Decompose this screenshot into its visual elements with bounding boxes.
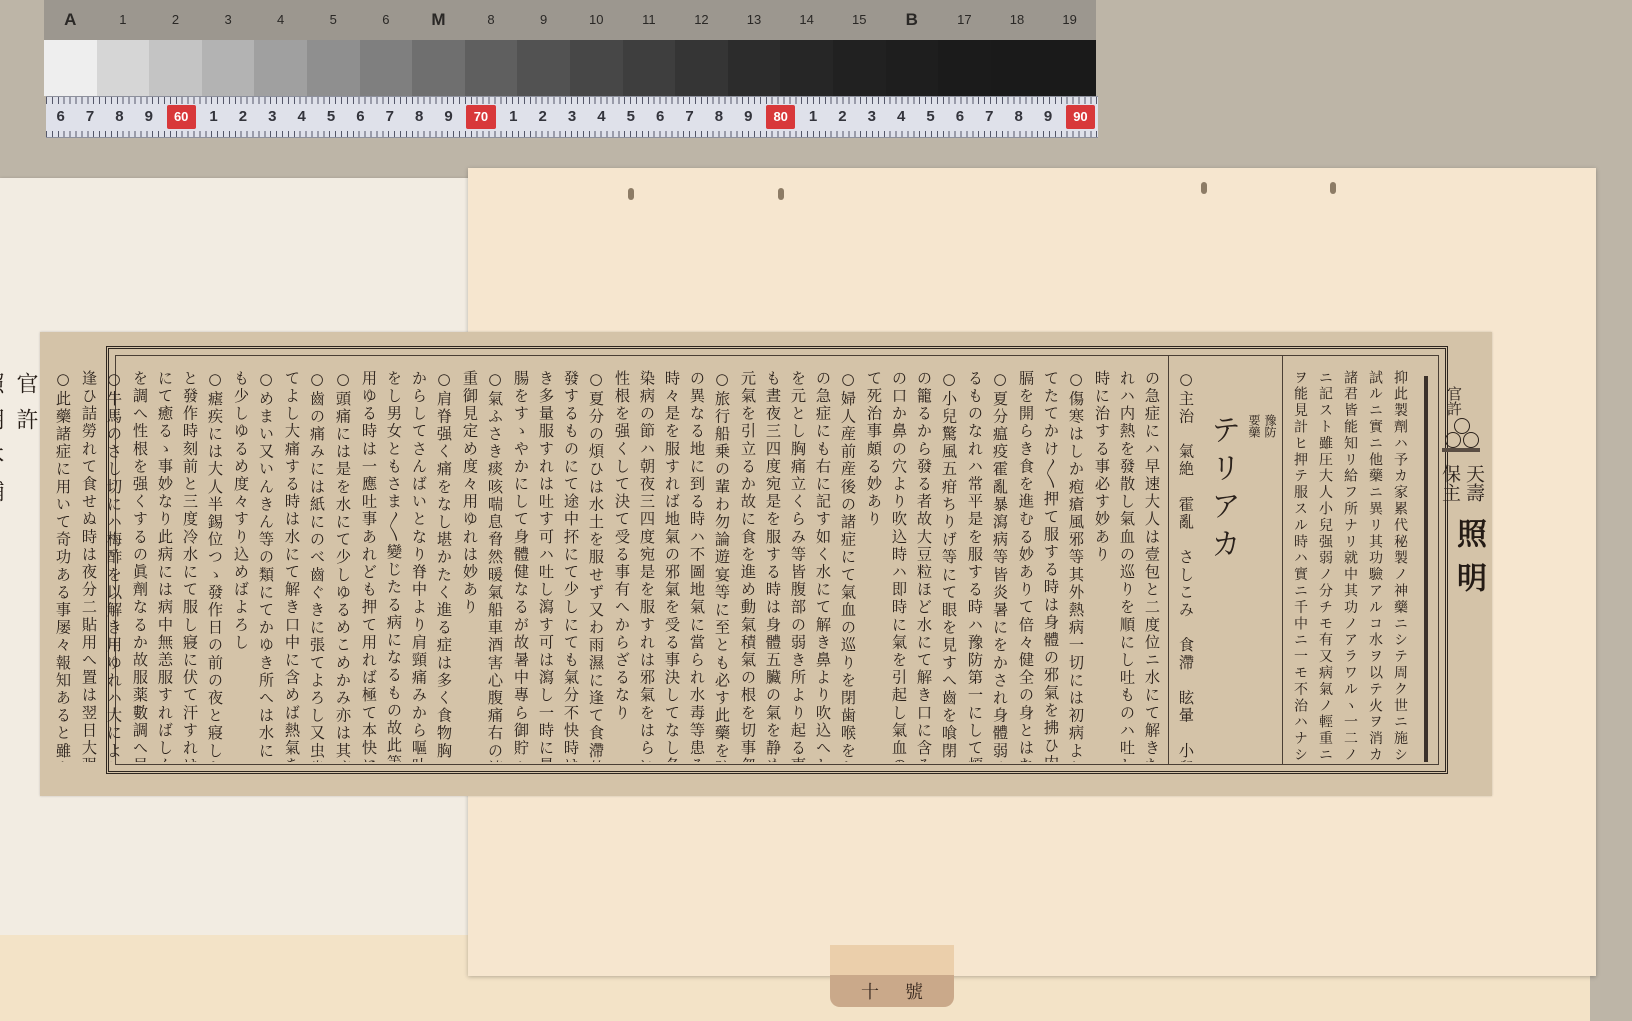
text-column: 膈を開らき食を進むる妙ありて倍々健全の身とはなれるなり bbox=[1013, 370, 1038, 762]
ruler-number: 6 bbox=[646, 105, 675, 129]
text-column: ○めまい又いんきん等の類にてかゆき所へは水にてもはばさにて bbox=[253, 370, 278, 762]
intro-column: ヲ能見計ヒ押テ服スル時ハ實ニ千中ニ一モ不治ハナシ bbox=[1287, 370, 1312, 762]
intro-column: 試ルニ實ニ他藥ニ異リ其功驗アルコ水ヲ以テ火ヲ消カ如クナルハ bbox=[1362, 370, 1387, 762]
gray-patch bbox=[728, 40, 781, 96]
ruler-number: 8 bbox=[1004, 105, 1033, 129]
text-column: からしてさんばいとなり脊中より肩頸痛みから嘔吐をなしあくび bbox=[406, 370, 431, 762]
text-column: るものなれハ常平是を服する時ハ豫防第一にして煩う事有へからず bbox=[962, 370, 987, 762]
gray-patch bbox=[780, 40, 833, 96]
text-column: 用ゆる時は一應吐事あれども押て用れば極て本快に至るなり bbox=[356, 370, 381, 762]
text-column: をし男女ともさま〳〵變じたる病になるもの故此等の症にも水にて bbox=[381, 370, 406, 762]
text-column: ○頭痛には是を水にて少しゆるめこめかみ亦は其痛む所へすり込てよろし bbox=[330, 370, 355, 762]
text-column: て死治事頗る妙あり bbox=[861, 370, 886, 762]
footer-license-shop: 官許照明本舗 bbox=[0, 372, 42, 764]
text-column: の急症にも右に記す如く水にて解き鼻より吹込へし或ハ動氣積氣 bbox=[810, 370, 835, 762]
gray-patch bbox=[149, 40, 202, 96]
chart-patch-label: A bbox=[44, 6, 97, 34]
chart-patch-label: 10 bbox=[570, 6, 623, 34]
ruler-number: 2 bbox=[828, 105, 857, 129]
ruler-number: 5 bbox=[316, 105, 345, 129]
pin-hole bbox=[778, 188, 784, 200]
chart-patch-label: 13 bbox=[728, 6, 781, 34]
text-column: ○齒の痛みには紙にのべ齒ぐきに張てよろし又虫齒なれは直に付 bbox=[304, 370, 329, 762]
chart-patch-label: 17 bbox=[938, 6, 991, 34]
text-column: にて癒るゝ事妙なり此病には病中無恙服すればしん熱を去り五臟 bbox=[152, 370, 177, 762]
gray-patch bbox=[570, 40, 623, 96]
gray-patch bbox=[623, 40, 676, 96]
chart-patch-label: 1 bbox=[97, 6, 150, 34]
gray-patch bbox=[833, 40, 886, 96]
text-column: き多量服すれは吐す可ハ吐し瀉す可は瀉し一時に暑邪を散して胸 bbox=[533, 370, 558, 762]
double-border-frame: 官許 天壽保主 照明 抑此製劑ハ予カ家累代秘製ノ神藥ニシテ周ク世ニ施シ諸病ニ用テ… bbox=[106, 346, 1448, 774]
ruler-number: 7 bbox=[975, 105, 1004, 129]
chart-patch-label: B bbox=[886, 6, 939, 34]
text-column: てたてかけ〳〵押て服する時は身體の邪氣を拂ひ内熱を消解し胸 bbox=[1038, 370, 1063, 762]
text-column: を調へ性根を强くするの眞劑なるか故服薬數調へ早く健全なるべし bbox=[127, 370, 152, 762]
text-column: 性根を强くして決て受る事有へからざるなり bbox=[609, 370, 634, 762]
text-column: ○肩脊强く痛をなし堪かたく進る症は多く食物胸に持てこなれぬ bbox=[431, 370, 456, 762]
chart-patch-label: 19 bbox=[1043, 6, 1096, 34]
measuring-ruler: 678960123456789701234567898012345678990 bbox=[46, 96, 1098, 138]
chart-patch-label: 14 bbox=[780, 6, 833, 34]
chart-patch-label: 15 bbox=[833, 6, 886, 34]
indications: ○主治 氣絶 霍亂 さしこみ 食滯 眩暈 小兒五疳 癲癇等 bbox=[1173, 370, 1198, 762]
ruler-number: 8 bbox=[405, 105, 434, 129]
chart-patch-label: 9 bbox=[517, 6, 570, 34]
text-column: れハ内熱を發散し氣血の巡りを順にし吐ものハ吐し胸膈を開き bbox=[1114, 370, 1139, 762]
gray-patch bbox=[360, 40, 413, 96]
gray-patch bbox=[465, 40, 518, 96]
text-column: の籠るから發る者故大豆粒ほど水にて解き口に含み管を以て病者 bbox=[911, 370, 936, 762]
gray-patch bbox=[675, 40, 728, 96]
text-column: 發するものにて途中抔にて少しにても氣分不快時は早速此藥を解 bbox=[558, 370, 583, 762]
text-column: 時に治する事必す妙あり bbox=[1089, 370, 1114, 762]
archive-tag: 十 號 bbox=[830, 945, 954, 1021]
ruler-number: 8 bbox=[704, 105, 733, 129]
chart-patch-label: M bbox=[412, 6, 465, 34]
text-column: の急症にハ早速大人は壹包と二度位ニ水にて解きたてかけ〳〵服 bbox=[1139, 370, 1164, 762]
gray-patch bbox=[991, 40, 1044, 96]
ruler-number: 1 bbox=[499, 105, 528, 129]
text-column: 重御見定め度々用ゆれは妙あり bbox=[457, 370, 482, 762]
text-column: ○牛馬のさし切にハ梅酢を以解き用ゆれハ大によしあゆつ飲さり bbox=[101, 370, 126, 762]
tag-text: 十 bbox=[861, 978, 879, 1004]
ruler-number: 2 bbox=[528, 105, 557, 129]
chart-patch-label: 18 bbox=[991, 6, 1044, 34]
pin-hole bbox=[1201, 182, 1207, 194]
gray-patch bbox=[412, 40, 465, 96]
intro-column: 諸君皆能知リ給フ所ナリ就中其功ノアラワルヽ一二ノ症ヲ擧テ左 bbox=[1337, 370, 1362, 762]
product-name: テリアカ bbox=[1200, 414, 1244, 764]
chart-patch-label: 3 bbox=[202, 6, 255, 34]
text-column: 元氣を引立るか故に食を進め動氣積氣の根を切事忽然たり bbox=[735, 370, 760, 762]
chart-patch-label: 4 bbox=[254, 6, 307, 34]
ruler-number: 2 bbox=[228, 105, 257, 129]
gray-patch bbox=[97, 40, 150, 96]
advertisement-leaflet: 官許 天壽保主 照明 抑此製劑ハ予カ家累代秘製ノ神藥ニシテ周ク世ニ施シ諸病ニ用テ… bbox=[40, 332, 1492, 796]
text-column: の異なる地に到る時ハ不圖地氣に當られ水毒等患ることあるもの故 bbox=[684, 370, 709, 762]
chart-patch-label: 2 bbox=[149, 6, 202, 34]
chart-patch-label: 6 bbox=[360, 6, 413, 34]
ruler-number: 3 bbox=[857, 105, 886, 129]
holder-label: 天壽保主 bbox=[1438, 464, 1486, 502]
ruler-number: 70 bbox=[466, 105, 495, 129]
text-column: 逢ひ詰勞れて食せぬ時は夜分二貼用へ置は翌日大强氣に成るなり bbox=[76, 370, 101, 762]
ruler-number: 9 bbox=[734, 105, 763, 129]
product-section: 豫防要藥 テリアカ ○主治 氣絶 霍亂 さしこみ 食滯 眩暈 小兒五疳 癲癇等 bbox=[1168, 356, 1282, 764]
ruler-number: 5 bbox=[916, 105, 945, 129]
text-column: ○夏分瘟疫霍亂暴瀉病等皆炎暑にをかされ身體弱くなるより起 bbox=[987, 370, 1012, 762]
chart-patch-label: 5 bbox=[307, 6, 360, 34]
tag-text: 號 bbox=[905, 978, 923, 1004]
intro-section: 抑此製劑ハ予カ家累代秘製ノ神藥ニシテ周ク世ニ施シ諸病ニ用テ試ルニ實ニ他藥ニ異リ其… bbox=[1282, 356, 1416, 764]
three-circles-emblem-icon bbox=[1442, 418, 1480, 454]
text-column: てよし大痛する時は水にて解き口中に含めば熱氣を散し速に治するなり bbox=[279, 370, 304, 762]
text-column: ○此藥諸症に用いて奇功ある事屡々報知あると雖も筆記に盡しがたく bbox=[50, 370, 75, 762]
ruler-number: 7 bbox=[375, 105, 404, 129]
title-box: 官許 天壽保主 照明 bbox=[1424, 376, 1428, 762]
text-column: と發作時刻前と三度冷水にて服し寢に伏て汗すれは邪氣發散し是 bbox=[177, 370, 202, 762]
gray-patch bbox=[44, 40, 97, 96]
text-column: の口か鼻の穴より吹込時ハ即時に氣を引起し氣血の巡りを順にし bbox=[886, 370, 911, 762]
ruler-number: 4 bbox=[287, 105, 316, 129]
chart-patch-label: 12 bbox=[675, 6, 728, 34]
gray-patch bbox=[254, 40, 307, 96]
text-column: 腸をすゝやかにして身體健なるが故暑中專ら御貯へ有べきの要藥なり bbox=[508, 370, 533, 762]
gray-patch bbox=[202, 40, 255, 96]
text-column: 染病の節ハ朝夜三四度宛是を服すれは邪氣をはらい氣血を順らし bbox=[634, 370, 659, 762]
text-column: 時々是を服すれば地氣の邪氣を受る事決してなし各地に於ても傳 bbox=[659, 370, 684, 762]
text-column: ○小兒驚風五疳ちりげ等にて眼を見すへ齒を喰閉る等は總て内熱 bbox=[936, 370, 961, 762]
text-column: ○傷寒はしか疱瘡風邪等其外熱病一切には初病より水にて溶く bbox=[1063, 370, 1088, 762]
text-column: も晝夜三四度宛是を服する時は身體五臟の氣を静め性根を强くし bbox=[760, 370, 785, 762]
ruler-number: 80 bbox=[766, 105, 795, 129]
gray-patch bbox=[938, 40, 991, 96]
ruler-number: 60 bbox=[167, 105, 196, 129]
ruler-number: 1 bbox=[199, 105, 228, 129]
license-mark: 官許 bbox=[1444, 386, 1465, 416]
ruler-number: 6 bbox=[46, 105, 75, 129]
text-column: ○婦人産前産後の諸症にて氣血の巡りを閉歯喉をなし氣遠なる等 bbox=[835, 370, 860, 762]
brand-name: 照明 bbox=[1446, 518, 1490, 606]
product-label: 豫防要藥 bbox=[1246, 414, 1278, 764]
ruler-number: 9 bbox=[434, 105, 463, 129]
ruler-number: 9 bbox=[1033, 105, 1062, 129]
grayscale-swatches bbox=[44, 40, 1096, 96]
chart-patch-label: 8 bbox=[465, 6, 518, 34]
text-column: も少しゆるめ度々すり込めばよろし bbox=[228, 370, 253, 762]
ruler-number: 90 bbox=[1066, 105, 1095, 129]
gray-patch bbox=[886, 40, 939, 96]
ruler-number: 9 bbox=[134, 105, 163, 129]
intro-column: 抑此製劑ハ予カ家累代秘製ノ神藥ニシテ周ク世ニ施シ諸病ニ用テ bbox=[1387, 370, 1412, 762]
ruler-number: 8 bbox=[105, 105, 134, 129]
ruler-number: 7 bbox=[75, 105, 104, 129]
ruler-number: 1 bbox=[798, 105, 827, 129]
ruler-number: 7 bbox=[675, 105, 704, 129]
text-column: ○夏分の煩ひは水土を服せず又わ雨濕に逢て食滯其他種々の病氣を bbox=[583, 370, 608, 762]
text-column: ○瘧疾には大人半錫位つゝ發作日の前の夜と寢しな發作日の黎明 bbox=[202, 370, 227, 762]
text-column: ○氣ふさき痰咳喘息脅然暖氣船車酒害心腹痛右の諸症病氣輕 bbox=[482, 370, 507, 762]
body-section: の急症にハ早速大人は壹包と二度位ニ水にて解きたてかけ〳〵服れハ内熱を發散し氣血の… bbox=[46, 356, 1168, 764]
gray-patch bbox=[517, 40, 570, 96]
ruler-number: 6 bbox=[346, 105, 375, 129]
ruler-number: 5 bbox=[616, 105, 645, 129]
ruler-numbers: 678960123456789701234567898012345678990 bbox=[46, 105, 1098, 129]
pin-hole bbox=[628, 188, 634, 200]
gray-patch bbox=[307, 40, 360, 96]
grayscale-chart-header: A123456M89101112131415B171819 bbox=[44, 0, 1096, 40]
footer-section: 官許照明本舗 因幡國氣多郡寃野四百九番地 森村六平謹白 bbox=[0, 356, 46, 764]
gray-patch bbox=[1043, 40, 1096, 96]
chart-patch-labels: A123456M89101112131415B171819 bbox=[44, 6, 1096, 34]
text-column: を元とし胸痛立くらみ等皆腹部の弱き所より起る事なれハ男女と bbox=[785, 370, 810, 762]
text-column: ○旅行船乗の輩わ勿論遊宴等に至とも必す此藥を貯へ出へし水土 bbox=[709, 370, 734, 762]
ruler-number: 4 bbox=[587, 105, 616, 129]
ruler-number: 6 bbox=[945, 105, 974, 129]
intro-column: ニ記スト雖圧大人小兒强弱ノ分チモ有又病氣ノ輕重ニ寄リ其病患 bbox=[1312, 370, 1337, 762]
ruler-number: 4 bbox=[887, 105, 916, 129]
ruler-number: 3 bbox=[258, 105, 287, 129]
chart-patch-label: 11 bbox=[623, 6, 676, 34]
ruler-number: 3 bbox=[557, 105, 586, 129]
pin-hole bbox=[1330, 182, 1336, 194]
